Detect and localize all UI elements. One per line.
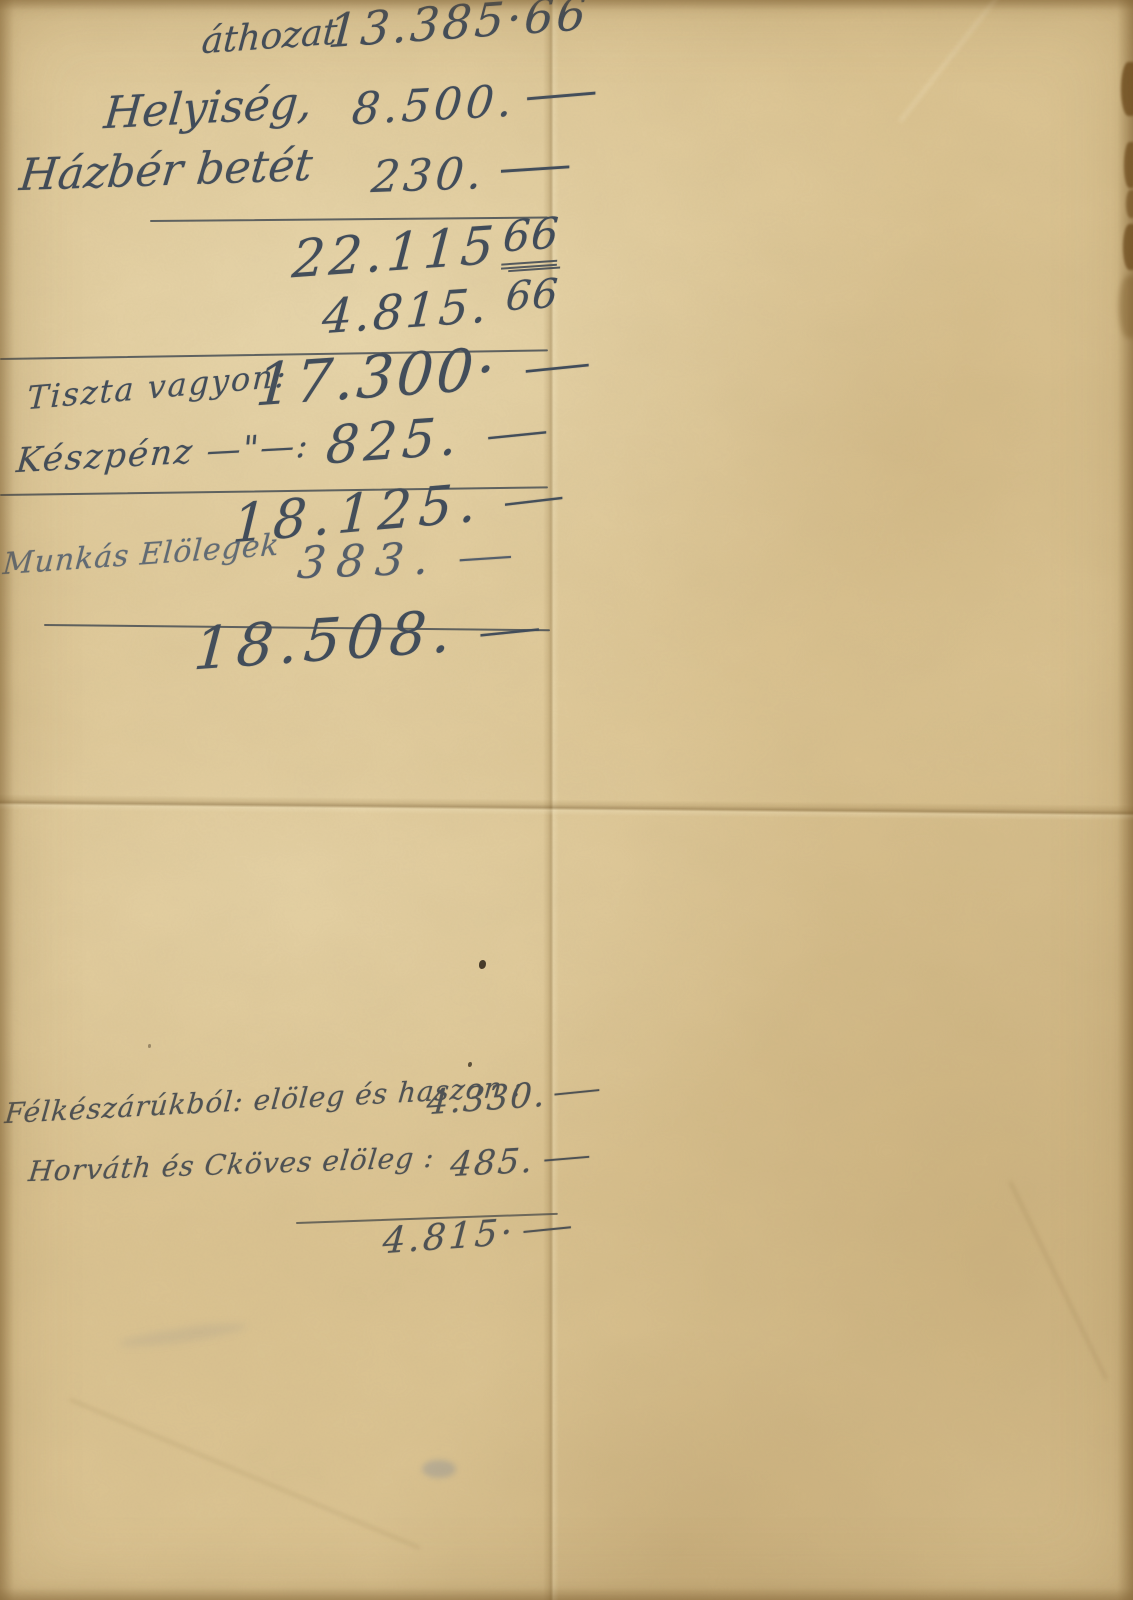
ink-dot (479, 960, 486, 969)
semi-finished-value: 4.330.— (426, 1075, 585, 1120)
value-dash: — (457, 536, 532, 574)
net-assets-value: 17.300·— (254, 334, 569, 414)
right-edge-stain (1124, 142, 1133, 188)
value-dash: — (552, 1073, 605, 1107)
horvath-advance-value: 485.— (449, 1142, 574, 1183)
cash-label: Készpénz —"—: (15, 429, 311, 479)
crease-bottom-left (69, 1398, 420, 1549)
worker-advances-label: Munkás Elölegek (2, 531, 281, 581)
value-dash: — (542, 1140, 595, 1173)
horizontal-fold-crease (0, 794, 1133, 821)
value-dash: — (497, 142, 579, 191)
premises-value: 8.500.— (350, 76, 574, 132)
right-edge-stain (1121, 62, 1133, 116)
total-value: 18.508.— (192, 597, 524, 678)
deduction-fraction: 66 (504, 267, 560, 321)
right-edge-stain (1126, 190, 1133, 218)
value-dash: — (485, 410, 558, 455)
ink-smudge (422, 1460, 456, 1478)
ink-dot (148, 1044, 151, 1048)
premises-label: Helyiség, (102, 81, 314, 136)
right-edge-stain (1119, 276, 1133, 338)
faint-smudge (118, 1319, 249, 1351)
deduction-value: 4.815.66 (321, 278, 560, 342)
value-dash: — (502, 475, 578, 521)
value-dash: — (524, 68, 606, 119)
subtotal-fraction: 66 (501, 208, 561, 269)
worker-advances-value: 383.— (295, 535, 503, 586)
value-dash: — (523, 341, 598, 389)
scanned-document-page: áthozat 13.385·66 Helyiség, 8.500.— Házb… (0, 0, 1133, 1600)
lower-sum-value: 4.815·— (381, 1212, 555, 1260)
crease-top-right (899, 0, 1061, 122)
cash-value: 825.— (324, 406, 529, 472)
value-dash: — (478, 607, 553, 652)
horvath-advance-label: Horváth és Cköves elöleg : (27, 1144, 436, 1186)
rent-deposit-label: Házbér betét (17, 144, 314, 198)
crease-bottom-right (1009, 1181, 1108, 1380)
ink-dot (468, 1062, 472, 1067)
rent-deposit-value: 230.— (369, 150, 548, 200)
net-assets-label: Tiszta vagyon: (26, 359, 288, 414)
carryover-label: áthozat (200, 15, 338, 61)
right-edge-stain (1123, 224, 1133, 270)
value-dash: — (520, 1211, 578, 1247)
